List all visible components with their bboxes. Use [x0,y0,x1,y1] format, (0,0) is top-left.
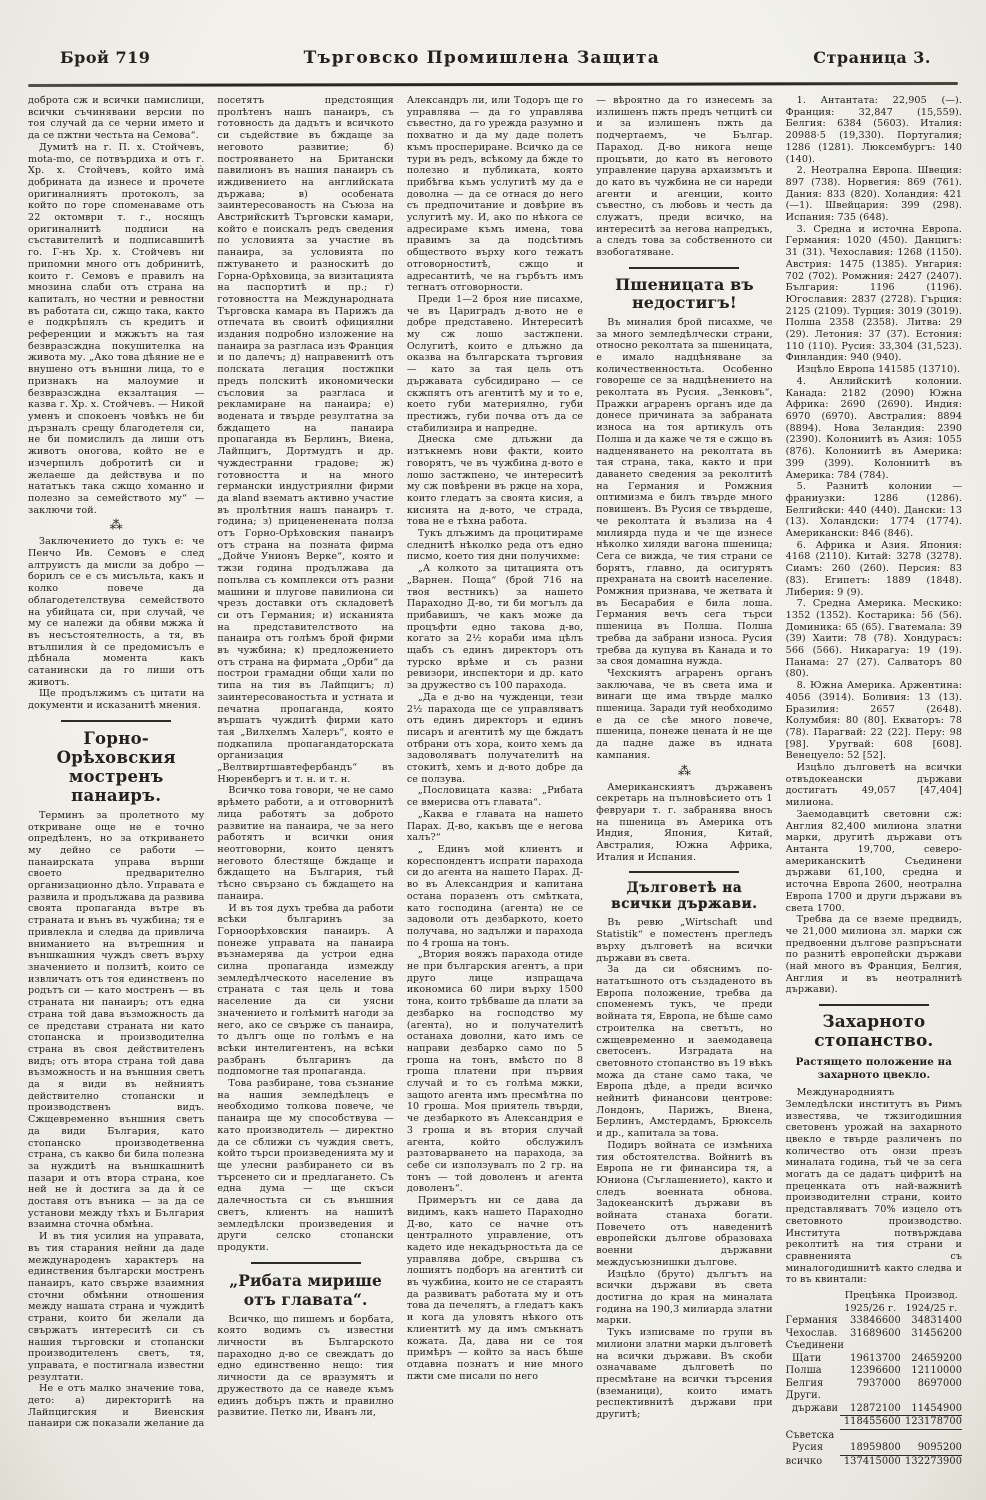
column-1: доброта сж и всички памислици, всички съ… [28,95,204,1492]
article-paragraph: Думитѣ на г. П. х. Стойчевъ, mota-mo, се… [28,142,204,517]
value-1924-25 [901,1340,962,1353]
section-rule [251,1262,361,1264]
article-paragraph: Заключението до тукъ е: че Пенчо Ив. Сем… [28,536,204,688]
column-4: — вѣроятно да го изнесемъ за излишенъ пж… [596,95,772,1492]
column-2: посетятъ предстоящия пролѣтенъ нашъ пана… [217,95,393,1492]
value-1924-25: 132273900 [901,1456,962,1469]
value-1924-25: 24659200 [901,1353,962,1366]
article-paragraph: „А колкото за цитацията отъ „Варнен. Пощ… [407,563,583,692]
value-1924-25: 34831400 [901,1315,962,1328]
article-headline: „Рибата мирише отъ главата“. [219,1271,391,1309]
article-paragraph: 3. Средна и источна Европа. Германия: 10… [786,224,962,364]
article-paragraph: Това разбиране, това съзнание на нашия з… [217,1078,393,1254]
article-paragraph: 5. Разнитѣ колонии — франиузки: 1286 (12… [786,481,962,540]
asterism-separator: ⁂ [596,765,772,779]
row-label: Полша [786,1365,840,1378]
value-1925-26: 18959800 [840,1442,901,1456]
row-label: Щати [786,1353,840,1366]
issue-number: Брой 719 [60,48,150,67]
value-1925-26 [840,1430,901,1443]
paper-title: Търговско Промишлена Защита [304,48,660,68]
article-paragraph: 7. Средна Америка. Мескико: 1352 (1352).… [786,598,962,680]
table-row: Щати1961370024659200 [786,1353,962,1366]
article-paragraph: Днеска сме длъжни да изтъкнемъ нови факт… [407,434,583,528]
table-row: Белгия79370008697000 [786,1378,962,1391]
article-paragraph: Въ ревю „Wirtschaft und Statistik“ е пом… [596,917,772,964]
value-1924-25 [901,1430,962,1443]
row-label: Германия [786,1315,840,1328]
article-paragraph: 4. Анлийскитѣ колонии. Канада: 2182 (209… [786,376,962,481]
row-label: Други. [786,1390,840,1403]
newspaper-page: Брой 719 Търговско Промишлена Защита Стр… [0,0,986,1500]
article-paragraph: „Втория вояжъ парахода отиде не при бълг… [407,949,583,1195]
article-paragraph: Подиръ войната се измѣниха тия обстоятел… [596,1140,772,1269]
section-rule [629,871,739,873]
value-1924-25: 11454900 [901,1403,962,1417]
article-paragraph: И въ тия усилия на управата, въ тия стар… [28,1231,204,1383]
value-1924-25: 123178700 [901,1416,962,1430]
article-paragraph: „Пословицата казва: „Рибата се вмерисва … [407,785,583,808]
row-label: Съветска [786,1430,840,1443]
article-paragraph: Чехскиятъ аграренъ органъ заключава, че … [596,668,772,762]
value-1924-25: 12110000 [901,1365,962,1378]
article-paragraph: 1. Антантата: 22,905 (—). Франция: 32,84… [786,95,962,165]
article-paragraph: Примерътъ ни се дава да видимъ, какъ наш… [407,1195,583,1382]
table-row: Чехослав.3168960031456200 [786,1328,962,1341]
article-paragraph: И въ тоя духъ требва да работи всѣки бъл… [217,903,393,1079]
table-row: Германия3384660034831400 [786,1315,962,1328]
section-rule [61,720,171,722]
article-paragraph: Заемодавцитѣ световни сж: Англия 82,400 … [786,809,962,914]
sugar-beet-table: Прецѣнка 1925/26 г.Производ. 1924/25 г.Г… [786,1290,962,1468]
value-1925-26 [840,1340,901,1353]
row-label: Белгия [786,1378,840,1391]
row-label: всичко [786,1456,840,1469]
value-1924-25: 8697000 [901,1378,962,1391]
value-1924-25 [901,1390,962,1403]
article-paragraph: посетятъ предстоящия пролѣтенъ нашъ пана… [217,95,393,785]
article-paragraph: Преди 1—2 броя ние писахме, че въ Царигр… [407,294,583,434]
article-headline: Дълговетѣ на всички държави. [598,880,770,912]
asterism-separator: ⁂ [28,519,204,533]
table-row: държави1287210011454900 [786,1403,962,1417]
masthead: Брой 719 Търговско Промишлена Защита Стр… [60,48,931,68]
table-column-header-2: Производ. 1924/25 г. [901,1290,962,1315]
table-row: Съветска [786,1430,962,1443]
table-row: Русия189598009095200 [786,1442,962,1456]
article-paragraph: 6. Африка и Азия. Япония: 4168 (2110). К… [786,540,962,599]
row-label: Чехослав. [786,1328,840,1341]
table-column-header-1: Прецѣнка 1925/26 г. [840,1290,901,1315]
article-paragraph: „ Единъ мой клиентъ и кореспондентъ испр… [407,844,583,949]
article-paragraph: Тукъ изписваме по групи въ милиони златн… [596,1327,772,1421]
article-paragraph: Всичко, що пишемъ и борбата, която водим… [217,1314,393,1419]
value-1925-26: 12396600 [840,1365,901,1378]
article-paragraph: Международниятъ Земледѣлски институтъ въ… [786,1087,962,1286]
article-paragraph: Не е отъ малко значение това, дето: а) д… [28,1383,204,1430]
table-row: Полша1239660012110000 [786,1365,962,1378]
table-row: 118455600123178700 [786,1416,962,1430]
value-1924-25: 31456200 [901,1328,962,1341]
article-paragraph: Изцѣло Европа 141585 (13710). [786,364,962,376]
row-label: държави [786,1403,840,1417]
article-headline: Пшеницата въ недостигъ! [598,276,770,312]
article-paragraph: Требва да се вземе предвидъ, че 21,000 м… [786,914,962,996]
article-paragraph: — вѣроятно да го изнесемъ за излишенъ пж… [596,95,772,259]
article-paragraph: Тукъ длъжимъ да процитираме следнитѣ нѣк… [407,528,583,563]
value-1925-26: 137415000 [840,1456,901,1469]
table-row: Съединени [786,1340,962,1353]
column-3: Александръ ли, или Тодоръ ще го управляв… [407,95,583,1492]
row-label [786,1416,840,1430]
masthead-rule [28,82,958,87]
article-paragraph: Ще продължимъ съ цитати на документи и и… [28,688,204,711]
article-paragraph: доброта сж и всички памислици, всички съ… [28,95,204,142]
value-1925-26 [840,1390,901,1403]
value-1925-26: 7937000 [840,1378,901,1391]
table-row: Други. [786,1390,962,1403]
article-headline: Захарното стопанство. [788,1013,960,1051]
value-1925-26: 118455600 [840,1416,901,1430]
article-paragraph: За да си обяснимъ по-нататъшното отъ съз… [596,964,772,1140]
article-paragraph: „Каква е главата на нашето Парах. Д-во, … [407,809,583,844]
value-1925-26: 19613700 [840,1353,901,1366]
value-1924-25: 9095200 [901,1442,962,1456]
value-1925-26: 31689600 [840,1328,901,1341]
article-paragraph: Изцѣло дълговетѣ на всички отвъдокеански… [786,762,962,809]
value-1925-26: 33846600 [840,1315,901,1328]
article-paragraph: Изцѣло (бруто) дългътъ на всички държави… [596,1269,772,1328]
page-number: Страница 3. [813,48,931,67]
section-rule [629,267,739,269]
columns: доброта сж и всички памислици, всички съ… [28,95,962,1492]
article-paragraph: 8. Южна Америка. Аржентина: 4056 (3914).… [786,680,962,762]
section-rule [819,1004,929,1006]
article-paragraph: Американскиятъ държавенъ секретарь на пъ… [596,782,772,864]
article-paragraph: „Да е д-во на чужденци, тези 2½ парахода… [407,692,583,786]
article-paragraph: Въ миналия брой писахме, че за много зем… [596,317,772,668]
article-paragraph: Всичко това говори, че не само врѣмето р… [217,785,393,902]
value-1925-26: 12872100 [840,1403,901,1417]
article-subtitle: Растящето положение на захарното цвекло. [792,1056,956,1082]
row-label: Русия [786,1442,840,1456]
article-paragraph: Терминъ за пролетното му откриване още н… [28,810,204,1231]
article-paragraph: Александръ ли, или Тодоръ ще го управляв… [407,95,583,294]
article-paragraph: 2. Неотрална Европа. Швеция: 897 (738). … [786,165,962,224]
article-headline: Горно-Орѣховския мостренъ панаиръ. [30,729,202,805]
table-header-spacer [786,1290,840,1315]
row-label: Съединени [786,1340,840,1353]
table-row: всичко137415000132273900 [786,1456,962,1469]
column-5: 1. Антантата: 22,905 (—). Франция: 32,84… [786,95,962,1492]
table-header-row: Прецѣнка 1925/26 г.Производ. 1924/25 г. [786,1290,962,1315]
